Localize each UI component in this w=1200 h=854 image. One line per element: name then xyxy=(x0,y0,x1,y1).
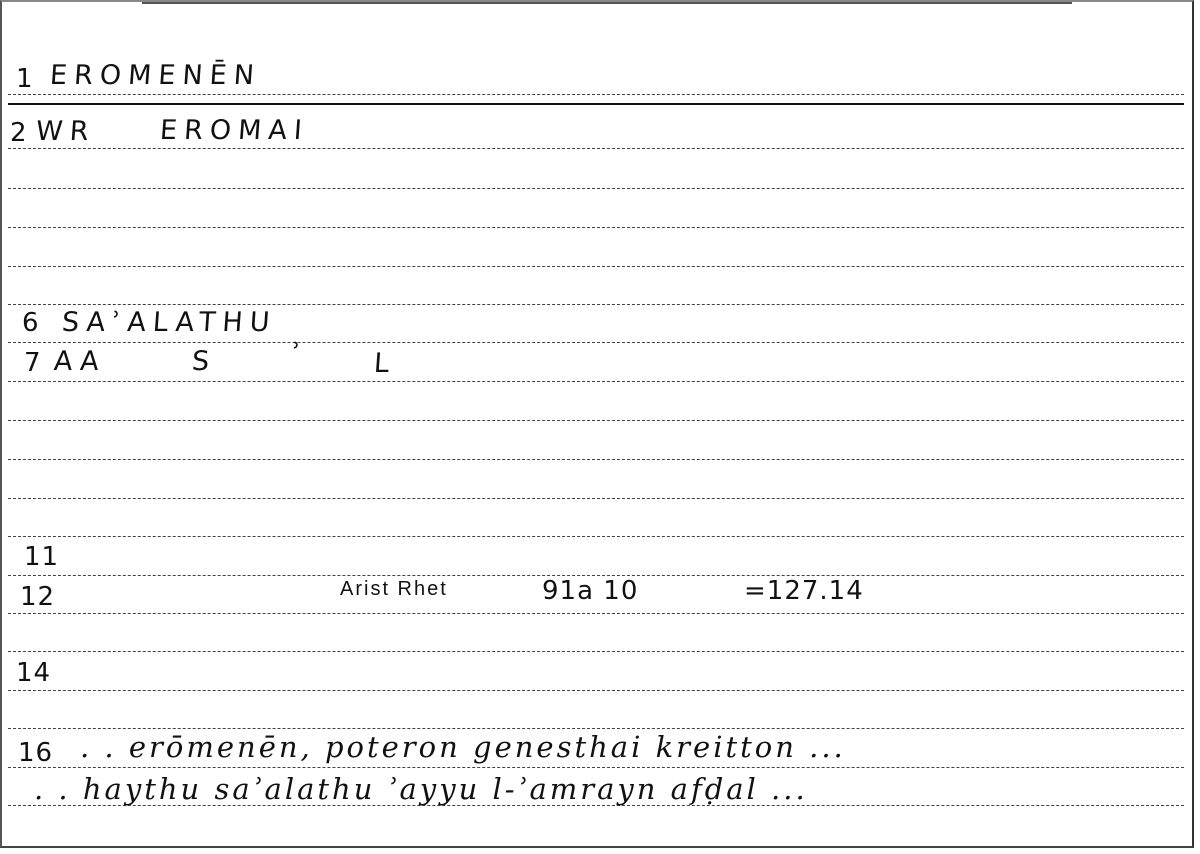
ruled-line xyxy=(8,420,1184,421)
greek-root: EROMAI xyxy=(159,115,310,146)
wr-label: WR xyxy=(35,116,97,147)
line-number-7: 7 xyxy=(24,348,42,378)
index-card: 1 EROMENĒN 2 WR EROMAI 6 SAʾALATHU 7 AA … xyxy=(0,0,1194,848)
ruled-line xyxy=(8,651,1184,652)
card-top-edge xyxy=(142,2,1072,4)
source-reference-typed: Arist Rhet xyxy=(340,578,448,601)
source-reference-locus: 91a 10 xyxy=(542,576,638,606)
aa-label: AA xyxy=(53,346,107,377)
greek-context-line: . . erōmenēn, poteron genesthai kreitton… xyxy=(80,730,846,764)
ruled-line xyxy=(8,381,1184,382)
ruled-line xyxy=(8,613,1184,614)
ruled-line-heavy xyxy=(8,103,1184,105)
ruled-line xyxy=(8,227,1184,228)
line-number-1: 1 xyxy=(16,64,34,94)
greek-headword: EROMENĒN xyxy=(49,60,262,91)
ruled-line xyxy=(8,342,1184,343)
ruled-line xyxy=(8,728,1184,729)
ruled-line xyxy=(8,498,1184,499)
ruled-line xyxy=(8,188,1184,189)
line-number-12: 12 xyxy=(20,582,55,612)
edition-equivalence: =127.14 xyxy=(744,576,864,606)
ruled-line xyxy=(8,148,1184,149)
line-number-6: 6 xyxy=(22,308,40,338)
line-number-11: 11 xyxy=(24,542,59,572)
arabic-headword: SAʾALATHU xyxy=(61,307,278,338)
root-letter-3: L xyxy=(373,348,397,379)
ruled-line xyxy=(8,690,1184,691)
arabic-context-line: . . haythu saʾalathu ʾayyu l-ʾamrayn afḍ… xyxy=(34,772,808,806)
ruled-line xyxy=(8,266,1184,267)
line-number-14: 14 xyxy=(16,658,51,688)
root-letter-2: ʾ xyxy=(291,338,308,369)
root-letter-1: S xyxy=(191,346,217,377)
line-number-2: 2 xyxy=(10,118,28,148)
ruled-line xyxy=(8,304,1184,305)
ruled-line xyxy=(8,536,1184,537)
line-number-16: 16 xyxy=(18,738,53,768)
ruled-line xyxy=(8,459,1184,460)
ruled-line xyxy=(8,94,1184,95)
ruled-line xyxy=(8,767,1184,768)
